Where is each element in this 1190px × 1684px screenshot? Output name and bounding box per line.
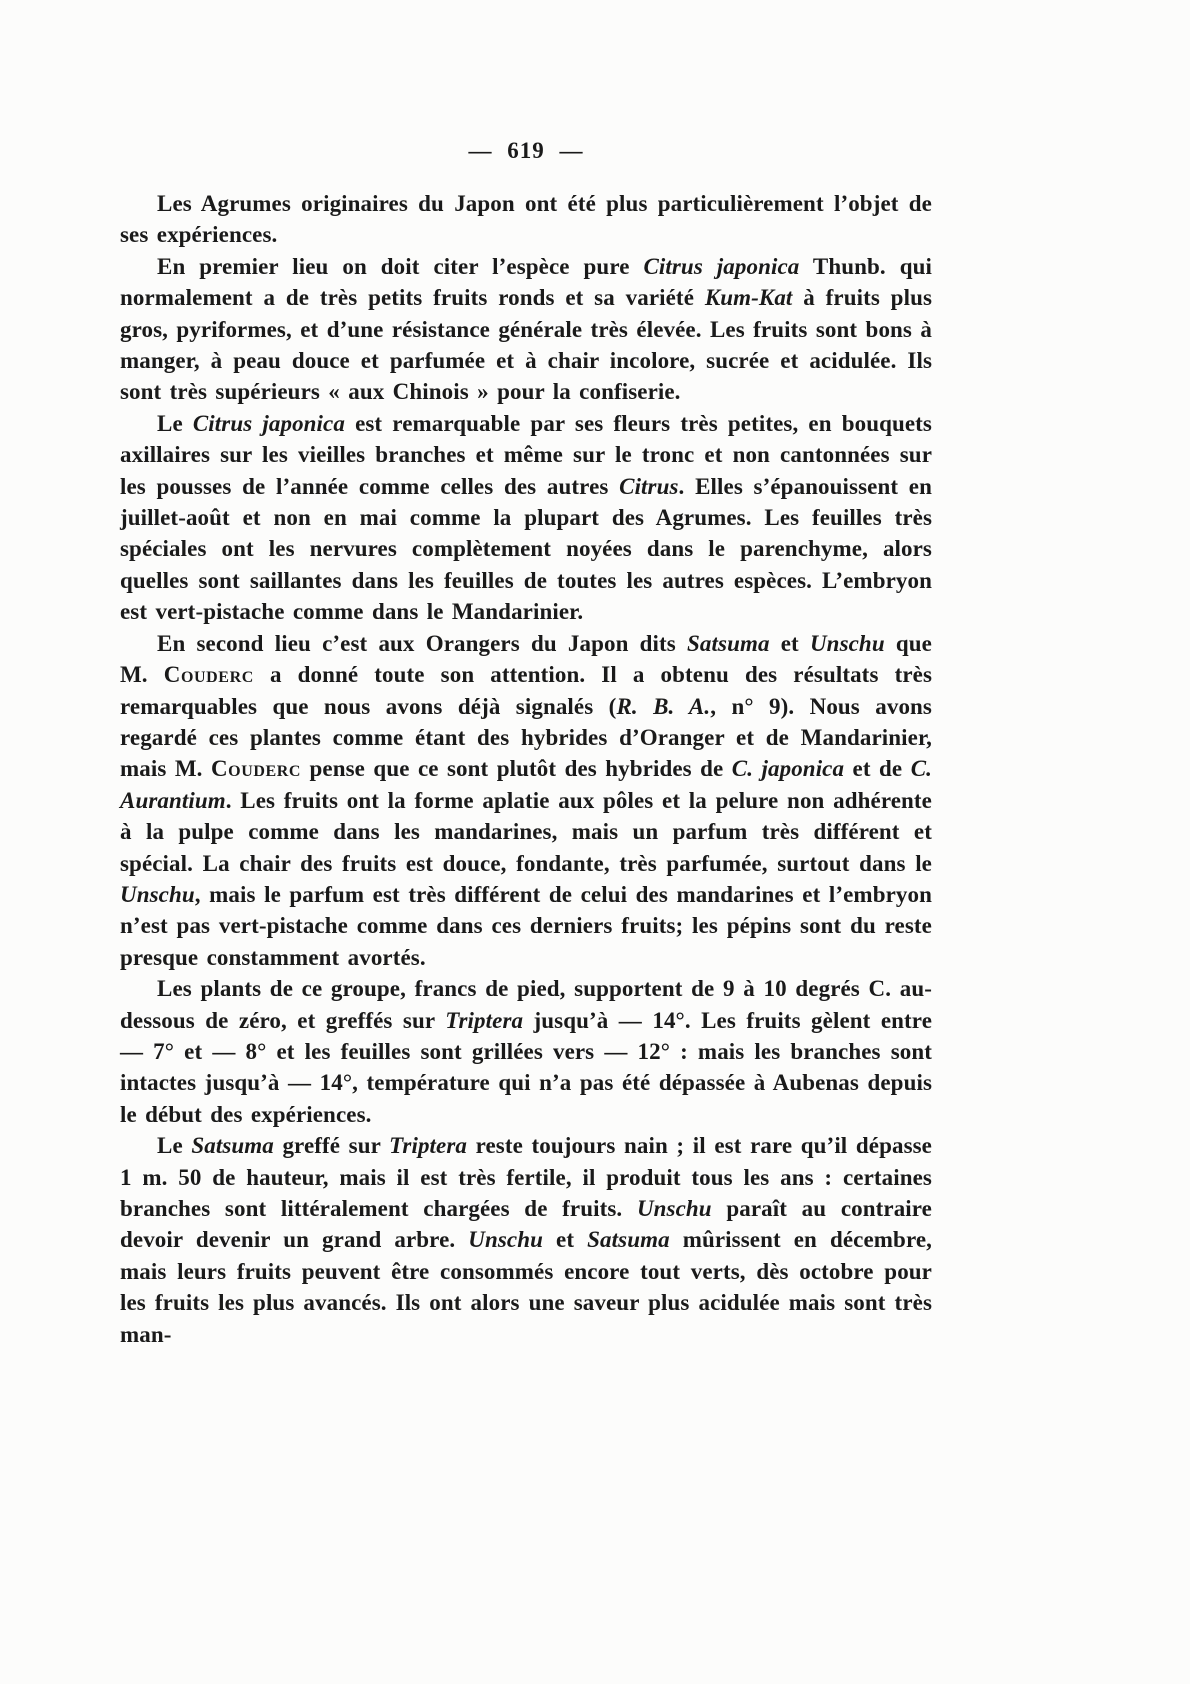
text-segment: Le: [157, 411, 193, 436]
paragraph: Le Satsuma greffé sur Triptera reste tou…: [120, 1130, 932, 1350]
italic-text-segment: Unschu: [637, 1196, 712, 1221]
italic-text-segment: Satsuma: [687, 631, 770, 656]
italic-text-segment: Citrus japonica: [193, 411, 345, 436]
text-segment: greffé sur: [274, 1133, 389, 1158]
italic-text-segment: Satsuma: [587, 1227, 670, 1252]
text-segment: Les Agrumes originaires du Japon ont été…: [120, 191, 932, 247]
italic-text-segment: C. japonica: [732, 756, 844, 781]
text-segment: Le: [157, 1133, 191, 1158]
italic-text-segment: Kum-Kat: [705, 285, 793, 310]
smallcaps-name-segment: Couderc: [211, 756, 301, 781]
paragraph: En second lieu c’est aux Orangers du Jap…: [120, 628, 932, 973]
italic-text-segment: Citrus: [619, 474, 678, 499]
italic-text-segment: Triptera: [445, 1008, 523, 1033]
italic-text-segment: Unschu: [120, 882, 195, 907]
page-number: — 619 —: [120, 138, 932, 164]
text-segment: et: [770, 631, 810, 656]
text-segment: En second lieu c’est aux Orangers du Jap…: [157, 631, 687, 656]
text-segment: , mais le parfum est très différent de c…: [120, 882, 932, 970]
text-segment: pense que ce sont plutôt des hybrides de: [301, 756, 732, 781]
paragraph: Le Citrus japonica est remarquable par s…: [120, 408, 932, 628]
text-segment: et de: [844, 756, 911, 781]
italic-text-segment: Satsuma: [191, 1133, 274, 1158]
paragraph: Les plants de ce groupe, francs de pied,…: [120, 973, 932, 1130]
smallcaps-name-segment: Couderc: [164, 662, 254, 687]
paragraph: Les Agrumes originaires du Japon ont été…: [120, 188, 932, 251]
italic-text-segment: Unschu: [810, 631, 885, 656]
italic-text-segment: Unschu: [468, 1227, 543, 1252]
scanned-book-page: — 619 — Les Agrumes originaires du Japon…: [0, 0, 1190, 1684]
italic-text-segment: R. B. A.: [616, 694, 710, 719]
text-block: Les Agrumes originaires du Japon ont été…: [120, 188, 932, 1350]
text-segment: et: [543, 1227, 587, 1252]
paragraph: En premier lieu on doit citer l’espèce p…: [120, 251, 932, 408]
text-segment: . Les fruits ont la forme aplatie aux pô…: [120, 788, 932, 876]
italic-text-segment: Triptera: [389, 1133, 467, 1158]
text-segment: En premier lieu on doit citer l’espèce p…: [157, 254, 643, 279]
italic-text-segment: Citrus japonica: [643, 254, 799, 279]
